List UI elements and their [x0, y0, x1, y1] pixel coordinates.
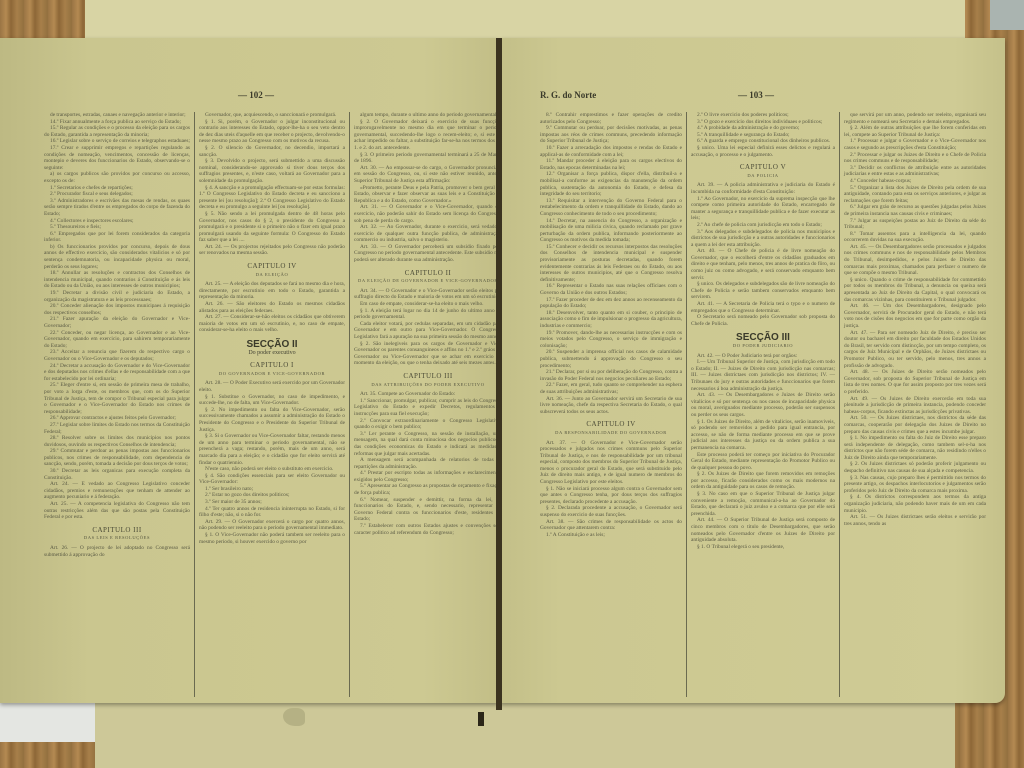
right-column-2: 2.º O livre exercicio dos poderes politi…	[687, 112, 839, 697]
paragraph: Art. 37. — O Governador e Vice-Governado…	[540, 440, 682, 486]
left-column-3: algum tempo, durante o ultimo anno do pe…	[350, 112, 506, 697]
paragraph: Art. 33. — O Governador perceberá um sub…	[354, 244, 502, 264]
paragraph: Art. 47. — Para ser nomeado Juiz de Dire…	[844, 330, 986, 370]
paragraph: Governador, que, acquiescendo, o sanccio…	[199, 112, 345, 119]
paragraph: 4.º Ter quatro annos de residencia inint…	[199, 506, 345, 519]
paragraph: 22.º Conceder, ou negar licença, ao Gove…	[44, 330, 190, 350]
paragraph: 9.º Commutar ou perdoar, por decisões mo…	[540, 125, 682, 145]
paragraph: 16.º Representar o Estado nas suas relaç…	[540, 283, 682, 296]
paragraph: § 4. Os districtos correspondem aos term…	[844, 494, 986, 514]
paragraph: § 1. Si, porém, o Governador o julgar in…	[199, 119, 345, 145]
paragraph: 5.º Thesoureiros e fieis;	[44, 224, 190, 231]
paragraph: Art. 42. — O Poder Judiciario terá por o…	[691, 353, 835, 360]
paragraph: Art. 39. — A policia administrativa e ju…	[691, 182, 835, 195]
right-column-3: que servirá por um anno, podendo ser ree…	[840, 112, 990, 697]
right-page: R. G. do Norte — 103 — 8.º Contrahir emp…	[500, 38, 1005, 703]
paragraph: algum tempo, durante o ultimo anno do pe…	[354, 112, 502, 119]
right-page-columns: 8.º Contrahir emprestimos e fazer operaç…	[536, 112, 990, 697]
paragraph: Art. 26. — O projecto de lei adoptado no…	[44, 545, 190, 558]
paragraph: Em caso de empate, considerar-se-ha elei…	[354, 301, 502, 308]
paragraph: § 2. Além de outras attribuições que lhe…	[844, 125, 986, 138]
paragraph: 1.º A Constituição e as leis;	[540, 532, 682, 539]
paragraph: Art. 24. — E vedado ao Congresso Legisla…	[44, 481, 190, 501]
paragraph: 5.º Organizar a lista dos Juizes de Dire…	[844, 185, 986, 205]
paragraph: § 2. Declarada procedente a accusação, o…	[540, 505, 682, 518]
paragraph: Art. 34. — O Governador e o Vice-Governa…	[354, 288, 502, 301]
paragraph: 18.º Annullar as resoluções e contractos…	[44, 270, 190, 290]
paragraph: 2.º Ao chefe de policia com jurisdicção …	[691, 222, 835, 229]
paragraph: Art. 29. — O Governador exercerá o cargo…	[199, 519, 345, 532]
paragraph: 15.º Regular as condições e o processo d…	[44, 125, 190, 138]
paragraph: 4.º Prestar por escripto todas as inform…	[354, 470, 502, 483]
paragraph: O Secretario será nomeado pelo Governado…	[691, 314, 835, 327]
chapter-heading: CAPITULO III	[44, 527, 190, 534]
paragraph: § 1. O Tribunal elegerá o seu presidente…	[691, 544, 835, 551]
paragraph: 17.º Fazer proceder de dez em dez annos …	[540, 297, 682, 310]
chapter-heading: CAPITULO IV	[199, 263, 345, 270]
paragraph: I.— Um Tribunal Superior de Justiça, com…	[691, 359, 835, 392]
paragraph: § 1. O Vice-Governador não poderá tambem…	[199, 532, 345, 545]
chapter-subtitle: DA RESPONSABILIDADE DO GOVERNADOR	[540, 430, 682, 437]
chapter-subtitle: DA ELEIÇÃO DE GOVERNADOR E VICE-GOVERNAD…	[354, 278, 502, 285]
paragraph: § 5. Não sendo a lei promulgada dentro d…	[199, 211, 345, 244]
paragraph: § 2. Os Juizes de Direito que forem remo…	[691, 471, 835, 491]
paragraph: § 1. Substitue o Governador, no caso de …	[199, 394, 345, 407]
paragraph: 16.º Legislar sobre o serviço de correio…	[44, 138, 190, 145]
paragraph: Art. 50. — Os Juizes districtaes, nos di…	[844, 415, 986, 435]
chapter-subtitle: DO PODER JUDICIARIO	[691, 343, 835, 350]
left-page-number: — 102 —	[238, 90, 274, 100]
paper-stain	[283, 708, 305, 726]
paragraph: 18.º Desenvolver, tanto quanto em si cou…	[540, 310, 682, 330]
paragraph: 15.º Conhecer e decidir os recursos inte…	[540, 244, 682, 284]
paragraph: 6.º Nomear, suspender e demittir, na for…	[354, 497, 502, 523]
paragraph: § 1. Não se iniciará processo algum cont…	[540, 486, 682, 506]
paragraph: Art. 49. — Os Juizes de Direito exercerã…	[844, 396, 986, 416]
paragraph: N'este caso, não poderá ser eleito o sub…	[199, 466, 345, 473]
paragraph: 2.º Estar no gozo dos direitos politicos…	[199, 492, 345, 499]
paragraph: 7.º Estabelecer com outros Estados ajust…	[354, 523, 502, 536]
paragraph: § unico. Uma lei especial definirá esses…	[691, 145, 835, 158]
paragraph: 1.º Ao Governador, no exercicio da supre…	[691, 196, 835, 222]
paragraph: 14.º Decretar, na ausencia do Congresso,…	[540, 218, 682, 244]
paragraph: que servirá por um anno, podendo ser ree…	[844, 112, 986, 125]
paragraph: 13.º Requisitar a intervenção do Governo…	[540, 198, 682, 218]
paragraph: Art. 25. — A eleição dos deputados se fa…	[199, 281, 345, 301]
left-column-1: de transportes, estradas, canaes e naveg…	[40, 112, 194, 697]
binding-mark	[478, 712, 484, 726]
paragraph: 25.º Eleger d'entre si, em sessão de pri…	[44, 382, 190, 415]
paragraph: 4.º A probidade da administração e do go…	[691, 125, 835, 132]
right-page-number: — 103 —	[738, 90, 774, 100]
paragraph: Art. 51. — Os Juizes districtaes serão e…	[844, 514, 986, 527]
paragraph: 21.º Fazer apuração da eleição do Govern…	[44, 316, 190, 329]
paragraph: § 2. Os Juizes districtaes só poderão pr…	[844, 461, 986, 474]
paragraph: 3.º Ser maior de 35 annos;	[199, 499, 345, 506]
chapter-subtitle: DA ELEIÇÃO	[199, 272, 345, 279]
left-column-2: Governador, que, acquiescendo, o sanccio…	[195, 112, 349, 697]
paragraph: § 2. São inelegiveis para os cargos de G…	[354, 341, 502, 367]
paragraph: 7.º Julgar as suspeições postas ao Juiz …	[844, 218, 986, 231]
paragraph: 17.º Crear e supprimir empregos e repart…	[44, 145, 190, 171]
paragraph: 3.º Administradores e escrivães das mesa…	[44, 198, 190, 218]
book-gutter	[496, 38, 502, 710]
paragraph: b) Os funccionarios providos por concurs…	[44, 244, 190, 270]
paragraph: 29.º Commutar e perdoar as penas imposta…	[44, 448, 190, 468]
paragraph: 1.º Ser brasileiro nato;	[199, 486, 345, 493]
paragraph: 28.º Resolver sobre os limites dos munic…	[44, 435, 190, 448]
paragraph: 4.º Conceder habeas-corpus;	[844, 178, 986, 185]
left-page: — 102 — de transportes, estradas, canaes…	[0, 38, 498, 703]
paragraph: § 1. Os Juizes de Direito, além de vital…	[691, 419, 835, 452]
chapter-subtitle: DAS LEIS E RESOLUÇÕES	[44, 535, 190, 542]
section-subtitle: Do poder executivo	[199, 350, 345, 357]
paragraph: Art. 30. — Ao empossar-se do cargo, o Go…	[354, 165, 502, 185]
paragraph: § 4. São condições essenciais para ser e…	[199, 473, 345, 486]
object-corner	[990, 0, 1024, 30]
paragraph: 21.º Declarar, por si ou por deliberação…	[540, 369, 682, 382]
left-page-columns: de transportes, estradas, canaes e naveg…	[40, 112, 506, 697]
chapter-subtitle: DA POLICIA	[691, 173, 835, 180]
paragraph: 24.º Decretar a accusação do Governador …	[44, 363, 190, 383]
paragraph: Art. 28. — O Poder Executivo será exerci…	[199, 380, 345, 393]
paragraph: 12.º Organisar a força publica, dispor d…	[540, 171, 682, 197]
paragraph: 2.º O livre exercicio dos poderes politi…	[691, 112, 835, 119]
paragraph: 5.º Apresentar ao Congresso as propostas…	[354, 483, 502, 496]
paragraph: § 3. No caso em que o Superior Tribunal …	[691, 491, 835, 517]
chapter-heading: CAPITULO III	[354, 373, 502, 380]
paragraph: 6.º Empregados que por lei forem conside…	[44, 231, 190, 244]
paragraph: de transportes, estradas, canaes e naveg…	[44, 112, 190, 119]
paragraph: § 2. O silencio do Governador, no decend…	[199, 145, 345, 158]
paragraph: 1.º Sanccionar, promulgar, publicar, cum…	[354, 398, 502, 418]
paragraph: Art. 40. — O Chefe de policia é de livre…	[691, 248, 835, 281]
chapter-subtitle: DO GOVERNADOR E VICE-GOVERNADOR	[199, 371, 345, 378]
paragraph: Art. 43. — Os Desembargadores e Juizes d…	[691, 392, 835, 418]
paragraph: Art. 45. — Os Desembargadores serão proc…	[844, 244, 986, 277]
paragraph: A mensagem será acompanhada de relatorio…	[354, 457, 502, 470]
chapter-heading: CAPITULO V	[691, 164, 835, 171]
paragraph: § 2. No impedimento ou falta do Vice-Gov…	[199, 407, 345, 433]
paragraph: § 3. Nas causas, cujo preparo lhes é per…	[844, 475, 986, 495]
paragraph: Art. 38. — São crimes de responsabilidad…	[540, 519, 682, 532]
paragraph: 8.º Contrahir emprestimos e fazer operaç…	[540, 112, 682, 125]
paragraph: 20.º Conceder alienação dos impostos mun…	[44, 303, 190, 316]
paragraph: 3.º Ler perante o Congresso, na sessão d…	[354, 431, 502, 457]
paragraph: 3.º Aos delegados e subdelegados de poli…	[691, 229, 835, 249]
chapter-subtitle: DAS ATTRIBUIÇÕES DO PODER EXECUTIVO	[354, 382, 502, 389]
paragraph: 1.º Processar e julgar o Governador e o …	[844, 138, 986, 151]
paragraph: 3.º Decidir os conflictos de attribuição…	[844, 165, 986, 178]
paragraph: 11.º Mandar proceder á eleição para os c…	[540, 158, 682, 171]
paragraph: 19.º Promover, dando-lhe as necessarias …	[540, 330, 682, 350]
paragraph: 27.º Legislar sobre limites do Estado no…	[44, 422, 190, 435]
paragraph: § 3. O primeiro periodo governamental te…	[354, 152, 502, 165]
chapter-heading: CAPITULO IV	[540, 421, 682, 428]
paragraph: 26.º Approvar contractos e ajustes feito…	[44, 415, 190, 422]
paragraph: § 1. A eleição terá logar no dia 14 de j…	[354, 308, 502, 321]
paragraph: Art. 26. — São eleitores do Estado os me…	[199, 301, 345, 314]
paragraph: «Prometto, perante Deus e pela Patria, p…	[354, 185, 502, 205]
paragraph: Art. 35. Compete ao Governador do Estado…	[354, 391, 502, 398]
paragraph: Art. 27. — Considerar-se-hão eleitos os …	[199, 314, 345, 334]
paragraph: a) os cargos publicos são providos por c…	[44, 171, 190, 184]
paragraph: 10.º Fazer a arrecadação dos impostos e …	[540, 145, 682, 158]
paragraph: Art. 41. — A Secretaria de Policia terá …	[691, 301, 835, 314]
paragraph: Este processo poderá ter começo por inic…	[691, 452, 835, 472]
right-column-1: 8.º Contrahir emprestimos e fazer operaç…	[536, 112, 686, 697]
paragraph: 2.º Processar e julgar os Juizes de Dire…	[844, 152, 986, 165]
paragraph: 6.º A guarda e emprego constitucional do…	[691, 138, 835, 145]
paragraph: 23.º Acceitar a renuncia que fizerem do …	[44, 349, 190, 362]
chapter-heading: CAPITULO I	[199, 362, 345, 369]
chapter-heading: CAPITULO II	[354, 270, 502, 277]
paragraph: Art. 46. — Um dos Desembargadores, desig…	[844, 303, 986, 329]
paragraph: Art. 32. — Ao Governador, durante o exer…	[354, 224, 502, 244]
paragraph: 30.º Decretar as leis organicas para exe…	[44, 468, 190, 481]
paragraph: Art. 48. — Os Juizes de Direito serão no…	[844, 369, 986, 395]
paragraph: § 1. No impedimento ou falta do Juiz de …	[844, 435, 986, 461]
paragraph: § unico. Os delegados e subdelegados são…	[691, 281, 835, 301]
paragraph: 5.º A tranquillidade e segurança do Esta…	[691, 132, 835, 139]
paragraph: Art. 36. — Junto ao Governador servirá u…	[540, 396, 682, 416]
paper-slip	[0, 700, 95, 742]
paragraph: § 2. O Governador deixará o exercicio de…	[354, 119, 502, 152]
paragraph: 8.º Tomar assentos para a intelligencia …	[844, 231, 986, 244]
paragraph: Art. 31. — O Governador e o Vice-Governa…	[354, 204, 502, 224]
paragraph: Cada eleitor votará, por cedulas separad…	[354, 321, 502, 341]
paragraph: 2.º Procurador fiscal e seus delegados;	[44, 191, 190, 198]
paragraph: § 3. Si o Governador ou Vice-Governador …	[199, 433, 345, 466]
paragraph: 6.º Julgar em gráo de recurso as questõe…	[844, 204, 986, 217]
paragraph: 3.º O gozo e exercicio dos direitos indi…	[691, 119, 835, 126]
paragraph: Art. 24. — Os projectos rejeitados pelo …	[199, 244, 345, 257]
paragraph: § 4. A sancção e a promulgação effectuam…	[199, 185, 345, 211]
paragraph: § 3. Devolvido o projecto, será submetti…	[199, 158, 345, 184]
section-heading: SECÇÃO II	[199, 342, 345, 349]
paragraph: 22.º Fazer, em geral, tudo quanto se com…	[540, 382, 682, 395]
paragraph: 2.º Convocar extraordinariamente o Congr…	[354, 418, 502, 431]
paragraph: 14.º Fixar annualmente a força publica a…	[44, 119, 190, 126]
section-heading: SECÇÃO III	[691, 335, 835, 342]
running-head: R. G. do Norte	[540, 90, 596, 100]
paragraph: § unico. Quando o crime de responsabilid…	[844, 277, 986, 303]
paragraph: 20.º Suspender a imprensa official nos c…	[540, 349, 682, 369]
paragraph: 19.º Decretar a divisão civil e judiciar…	[44, 290, 190, 303]
paragraph: Art. 25. — A competencia legislativa do …	[44, 501, 190, 521]
paragraph: Art. 44. — O Superior Tribunal de Justiç…	[691, 517, 835, 543]
